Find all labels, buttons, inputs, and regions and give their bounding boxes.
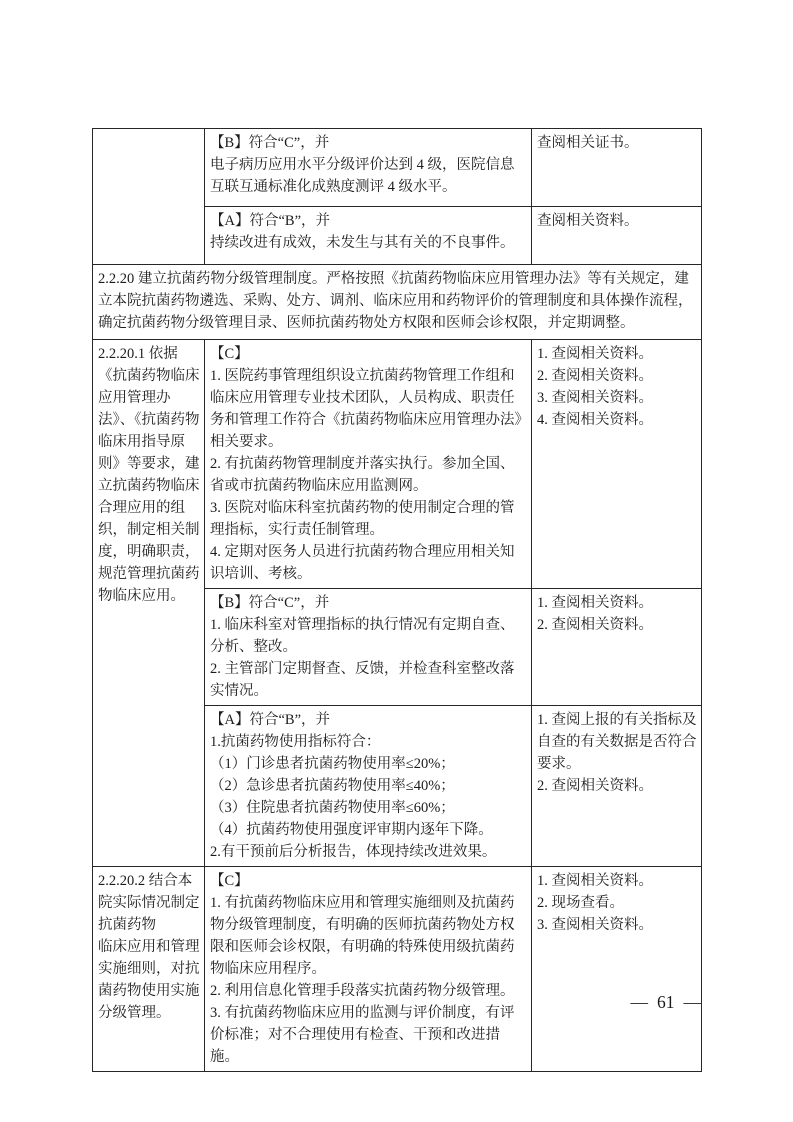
method-cell: 查阅相关证书。 <box>532 129 702 207</box>
criteria-cell: 【A】符合“B”，并 1.抗菌药物使用指标符合： （1）门诊患者抗菌药物使用率≤… <box>205 706 532 867</box>
clause-cell: 2.2.20.2 结合本院实际情况制定抗菌药物 临床应用和管理实施细则，对抗菌药… <box>93 867 205 1072</box>
page-footer: —61— <box>92 992 701 1013</box>
footer-dash-left: — <box>631 992 649 1012</box>
table-row: 2.2.20.2 结合本院实际情况制定抗菌药物 临床应用和管理实施细则，对抗菌药… <box>93 867 702 1072</box>
accreditation-standards-table: 【B】符合“C”，并 电子病历应用水平分级评价达到 4 级，医院信息互联互通标准… <box>92 128 702 1072</box>
method-cell: 1. 查阅相关资料。 2. 查阅相关资料。 3. 查阅相关资料。 4. 查阅相关… <box>532 340 702 589</box>
section-header-cell: 2.2.20 建立抗菌药物分级管理制度。严格按照《抗菌药物临床应用管理办法》等有… <box>93 265 702 340</box>
criteria-cell: 【B】符合“C”，并 电子病历应用水平分级评价达到 4 级，医院信息互联互通标准… <box>205 129 532 207</box>
table-row: 【B】符合“C”，并 电子病历应用水平分级评价达到 4 级，医院信息互联互通标准… <box>93 129 702 207</box>
criteria-cell: 【A】符合“B”，并 持续改进有成效，未发生与其有关的不良事件。 <box>205 207 532 265</box>
method-cell: 查阅相关资料。 <box>532 207 702 265</box>
footer-dash-right: — <box>684 992 702 1012</box>
method-cell: 1. 查阅相关资料。 2. 现场查看。 3. 查阅相关资料。 <box>532 867 702 1072</box>
document-page: 【B】符合“C”，并 电子病历应用水平分级评价达到 4 级，医院信息互联互通标准… <box>0 0 793 1122</box>
criteria-cell: 【C】 1. 医院药事管理组织设立抗菌药物管理工作组和临床应用管理专业技术团队，… <box>205 340 532 589</box>
clause-cell: 2.2.20.1 依据《抗菌药物临床应用管理办法》、《抗菌药物临床用指导原则》等… <box>93 340 205 867</box>
clause-cell-empty <box>93 129 205 265</box>
page-number: 61 <box>657 992 675 1013</box>
method-cell: 1. 查阅相关资料。 2. 查阅相关资料。 <box>532 589 702 706</box>
table-row: 2.2.20.1 依据《抗菌药物临床应用管理办法》、《抗菌药物临床用指导原则》等… <box>93 340 702 589</box>
criteria-cell: 【B】符合“C”，并 1. 临床科室对管理指标的执行情况有定期自查、分析、整改。… <box>205 589 532 706</box>
criteria-cell: 【C】 1. 有抗菌药物临床应用和管理实施细则及抗菌药物分级管理制度，有明确的医… <box>205 867 532 1072</box>
method-cell: 1. 查阅上报的有关指标及自查的有关数据是否符合要求。 2. 查阅相关资料。 <box>532 706 702 867</box>
table-row: 2.2.20 建立抗菌药物分级管理制度。严格按照《抗菌药物临床应用管理办法》等有… <box>93 265 702 340</box>
